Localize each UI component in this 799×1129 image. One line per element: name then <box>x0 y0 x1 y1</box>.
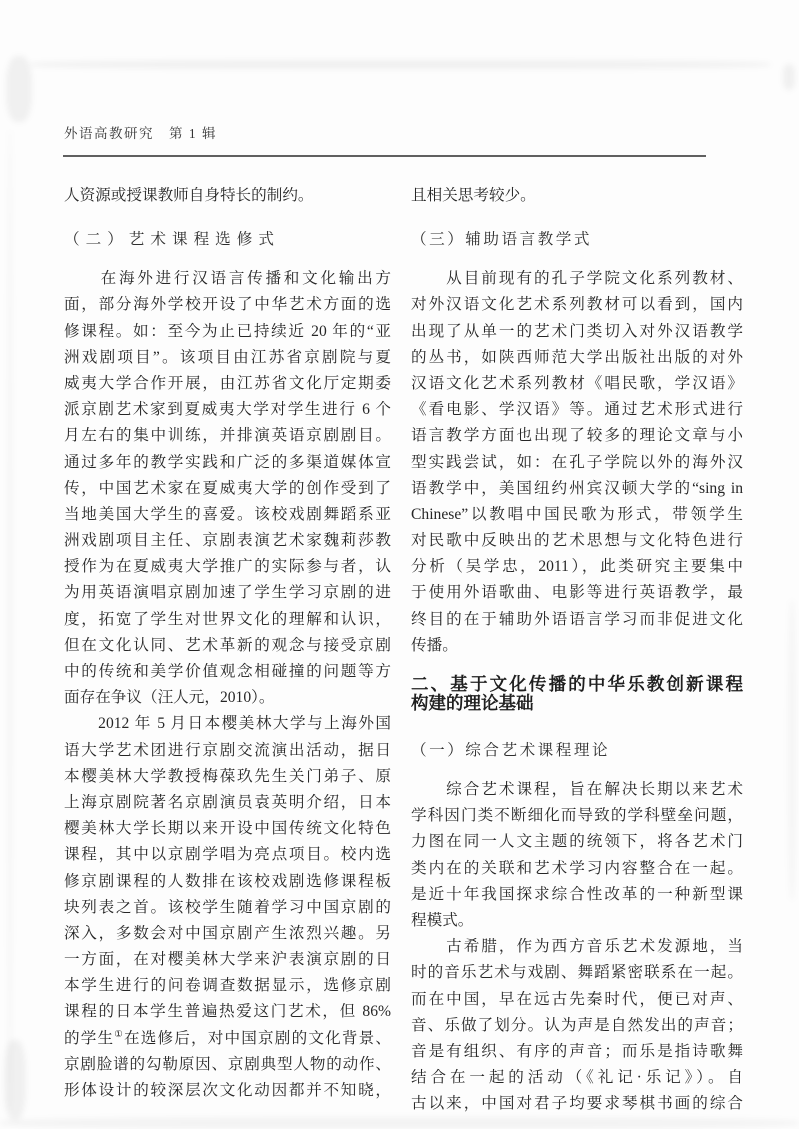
section-heading: 二、基于文化传播的中华乐教创新课程构建的理论基础 <box>411 675 743 712</box>
section-subheading: （二）艺术课程选修式 <box>64 227 391 253</box>
scan-artifact <box>8 130 12 1110</box>
running-header: 外语高教研究 第 1 辑 <box>64 122 217 142</box>
text-line: 月左右的集中训练，并排演英语京剧剧目。 <box>64 423 391 449</box>
scan-artifact <box>4 1040 26 1120</box>
text-line: 类内在的关联和艺术学习内容整合在一起。 <box>411 856 743 882</box>
text-line: 汉语文化艺术系列教材《唱民歌，学汉语》 <box>411 371 743 397</box>
text-line: 京剧脸谱的勾勒原因、京剧典型人物的动作、 <box>64 1052 391 1078</box>
section-subheading: （一）综合艺术课程理论 <box>411 738 743 764</box>
text-line: 洲戏剧项目”。该项目由江苏省京剧院与夏 <box>64 345 391 371</box>
text-line: 面，部分海外学校开设了中华艺术方面的选 <box>64 292 391 318</box>
text-line: 度，拓宽了学生对世界文化的理解和认识， <box>64 607 391 633</box>
text-line: 且相关思考较少。 <box>411 183 743 209</box>
text-line: 对民歌中反映出的艺术思想与文化特色进行 <box>411 528 743 554</box>
text-line: 程模式。 <box>411 908 743 934</box>
text-line: 修课程。如：至今为止已持续近 20 年的“亚 <box>64 319 391 345</box>
text-line: 语言教学方面也出现了较多的理论文章与小 <box>411 423 743 449</box>
text-line: 樱美林大学长期以来开设中国传统文化特色 <box>64 816 391 842</box>
text-line: 一方面，在对樱美林大学来沪表演京剧的日 <box>64 947 391 973</box>
text-line: 从目前现有的孔子学院文化系列教材、 <box>411 266 743 292</box>
scan-artifact <box>783 64 795 90</box>
text-line: 2012 年 5 月日本樱美林大学与上海外国 <box>64 711 391 737</box>
text-line: 是近十年我国探求综合性改革的一种新型课 <box>411 882 743 908</box>
section-heading-line: 构建的理论基础 <box>411 694 743 713</box>
scan-artifact <box>30 60 770 69</box>
text-line: 而在中国，早在远古先秦时代，便已对声、 <box>411 987 743 1013</box>
text-line: 传播。 <box>411 633 743 659</box>
text-line: 人资源或授课教师自身特长的制约。 <box>64 183 391 209</box>
text-line: 但在文化认同、艺术革新的观念与接受京剧 <box>64 633 391 659</box>
text-line: 综合艺术课程，旨在解决长期以来艺术 <box>411 777 743 803</box>
scan-artifact <box>0 1117 799 1129</box>
footnote-marker: ① <box>114 1029 124 1039</box>
text-line: 中的传统和美学价值观念相碰撞的问题等方 <box>64 659 391 685</box>
text-line: Chinese”以教唱中国民歌为形式，带领学生 <box>411 502 743 528</box>
text-line: 分析（吴学忠，2011），此类研究主要集中 <box>411 554 743 580</box>
text-line: 在海外进行汉语言传播和文化输出方 <box>64 266 391 292</box>
scan-artifact <box>6 56 32 122</box>
text-line: 块列表之首。该校学生随着学习中国京剧的 <box>64 895 391 921</box>
text-line: 为用英语演唱京剧加速了学生学习京剧的进 <box>64 580 391 606</box>
text-line: 学科因门类不断细化而导致的学科壁垒问题， <box>411 803 743 829</box>
section-heading-line: 二、基于文化传播的中华乐教创新课程 <box>411 675 743 694</box>
text-line: 本学生进行的问卷调查数据显示，选修京剧 <box>64 973 391 999</box>
text-line: 派京剧艺术家到夏威夷大学对学生进行 6 个 <box>64 397 391 423</box>
text-line: 上海京剧院著名京剧演员袁英明介绍，日本 <box>64 790 391 816</box>
text-line: 传，中国艺术家在夏威夷大学的创作受到了 <box>64 476 391 502</box>
text-line: 本樱美林大学教授梅葆玖先生关门弟子、原 <box>64 764 391 790</box>
text-line: 形体设计的较深层次文化动因都并不知晓， <box>64 1078 391 1104</box>
text-line: 力图在同一人文主题的统领下，将各艺术门 <box>411 829 743 855</box>
text-line: 型实践尝试，如：在孔子学院以外的海外汉 <box>411 450 743 476</box>
text-line: 音是有组织、有序的声音；而乐是指诗歌舞 <box>411 1039 743 1065</box>
text-line: 的丛书，如陕西师范大学出版社出版的对外 <box>411 345 743 371</box>
text-line: 的学生①在选修后，对中国京剧的文化背景、 <box>64 1026 391 1052</box>
text-line: 语大学艺术团进行京剧交流演出活动，据日 <box>64 738 391 764</box>
text-line: 出现了从单一的艺术门类切入对外汉语教学 <box>411 319 743 345</box>
scan-artifact <box>788 600 796 900</box>
left-column: 人资源或授课教师自身特长的制约。（二）艺术课程选修式 在海外进行汉语言传播和文化… <box>64 183 391 1104</box>
text-line: 洲戏剧项目主任、京剧表演艺术家魏莉莎教 <box>64 528 391 554</box>
header-rule <box>63 155 706 157</box>
scanned-page: 外语高教研究 第 1 辑 人资源或授课教师自身特长的制约。（二）艺术课程选修式 … <box>0 0 799 1129</box>
text-line: 时的音乐艺术与戏剧、舞蹈紧密联系在一起。 <box>411 960 743 986</box>
right-column: 且相关思考较少。（三）辅助语言教学式 从目前现有的孔子学院文化系列教材、对外汉语… <box>411 183 743 1117</box>
text-line: 结合在一起的活动（《礼记·乐记》）。自 <box>411 1065 743 1091</box>
text-line: 古以来，中国对君子均要求琴棋书画的综合 <box>411 1091 743 1117</box>
text-line: 深入，多数会对中国京剧产生浓烈兴趣。另 <box>64 921 391 947</box>
text-line: 于使用外语歌曲、电影等进行英语教学，最 <box>411 580 743 606</box>
text-line: 对外汉语文化艺术系列教材可以看到，国内 <box>411 292 743 318</box>
text-line: 面存在争议（汪人元，2010）。 <box>64 685 391 711</box>
text-line: 终目的在于辅助外语语言学习而非促进文化 <box>411 607 743 633</box>
text-line: 威夷大学合作开展，由江苏省文化厅定期委 <box>64 371 391 397</box>
text-line: 当地美国大学生的喜爱。该校戏剧舞蹈系亚 <box>64 502 391 528</box>
text-line: 音、乐做了划分。认为声是自然发出的声音； <box>411 1013 743 1039</box>
text-line: 授作为在夏威夷大学推广的实际参与者，认 <box>64 554 391 580</box>
text-line: 修京剧课程的人数排在该校戏剧选修课程板 <box>64 869 391 895</box>
text-line: 课程的日本学生普遍热爱这门艺术，但 86% <box>64 999 391 1025</box>
section-subheading: （三）辅助语言教学式 <box>411 227 743 253</box>
text-line: 古希腊，作为西方音乐艺术发源地，当 <box>411 934 743 960</box>
text-line: 课程，其中以京剧学唱为亮点项目。校内选 <box>64 842 391 868</box>
text-line: 通过多年的教学实践和广泛的多渠道媒体宣 <box>64 450 391 476</box>
text-line: 《看电影、学汉语》等。通过艺术形式进行 <box>411 397 743 423</box>
text-line: 语教学中，美国纽约州宾汉顿大学的“sing in <box>411 476 743 502</box>
